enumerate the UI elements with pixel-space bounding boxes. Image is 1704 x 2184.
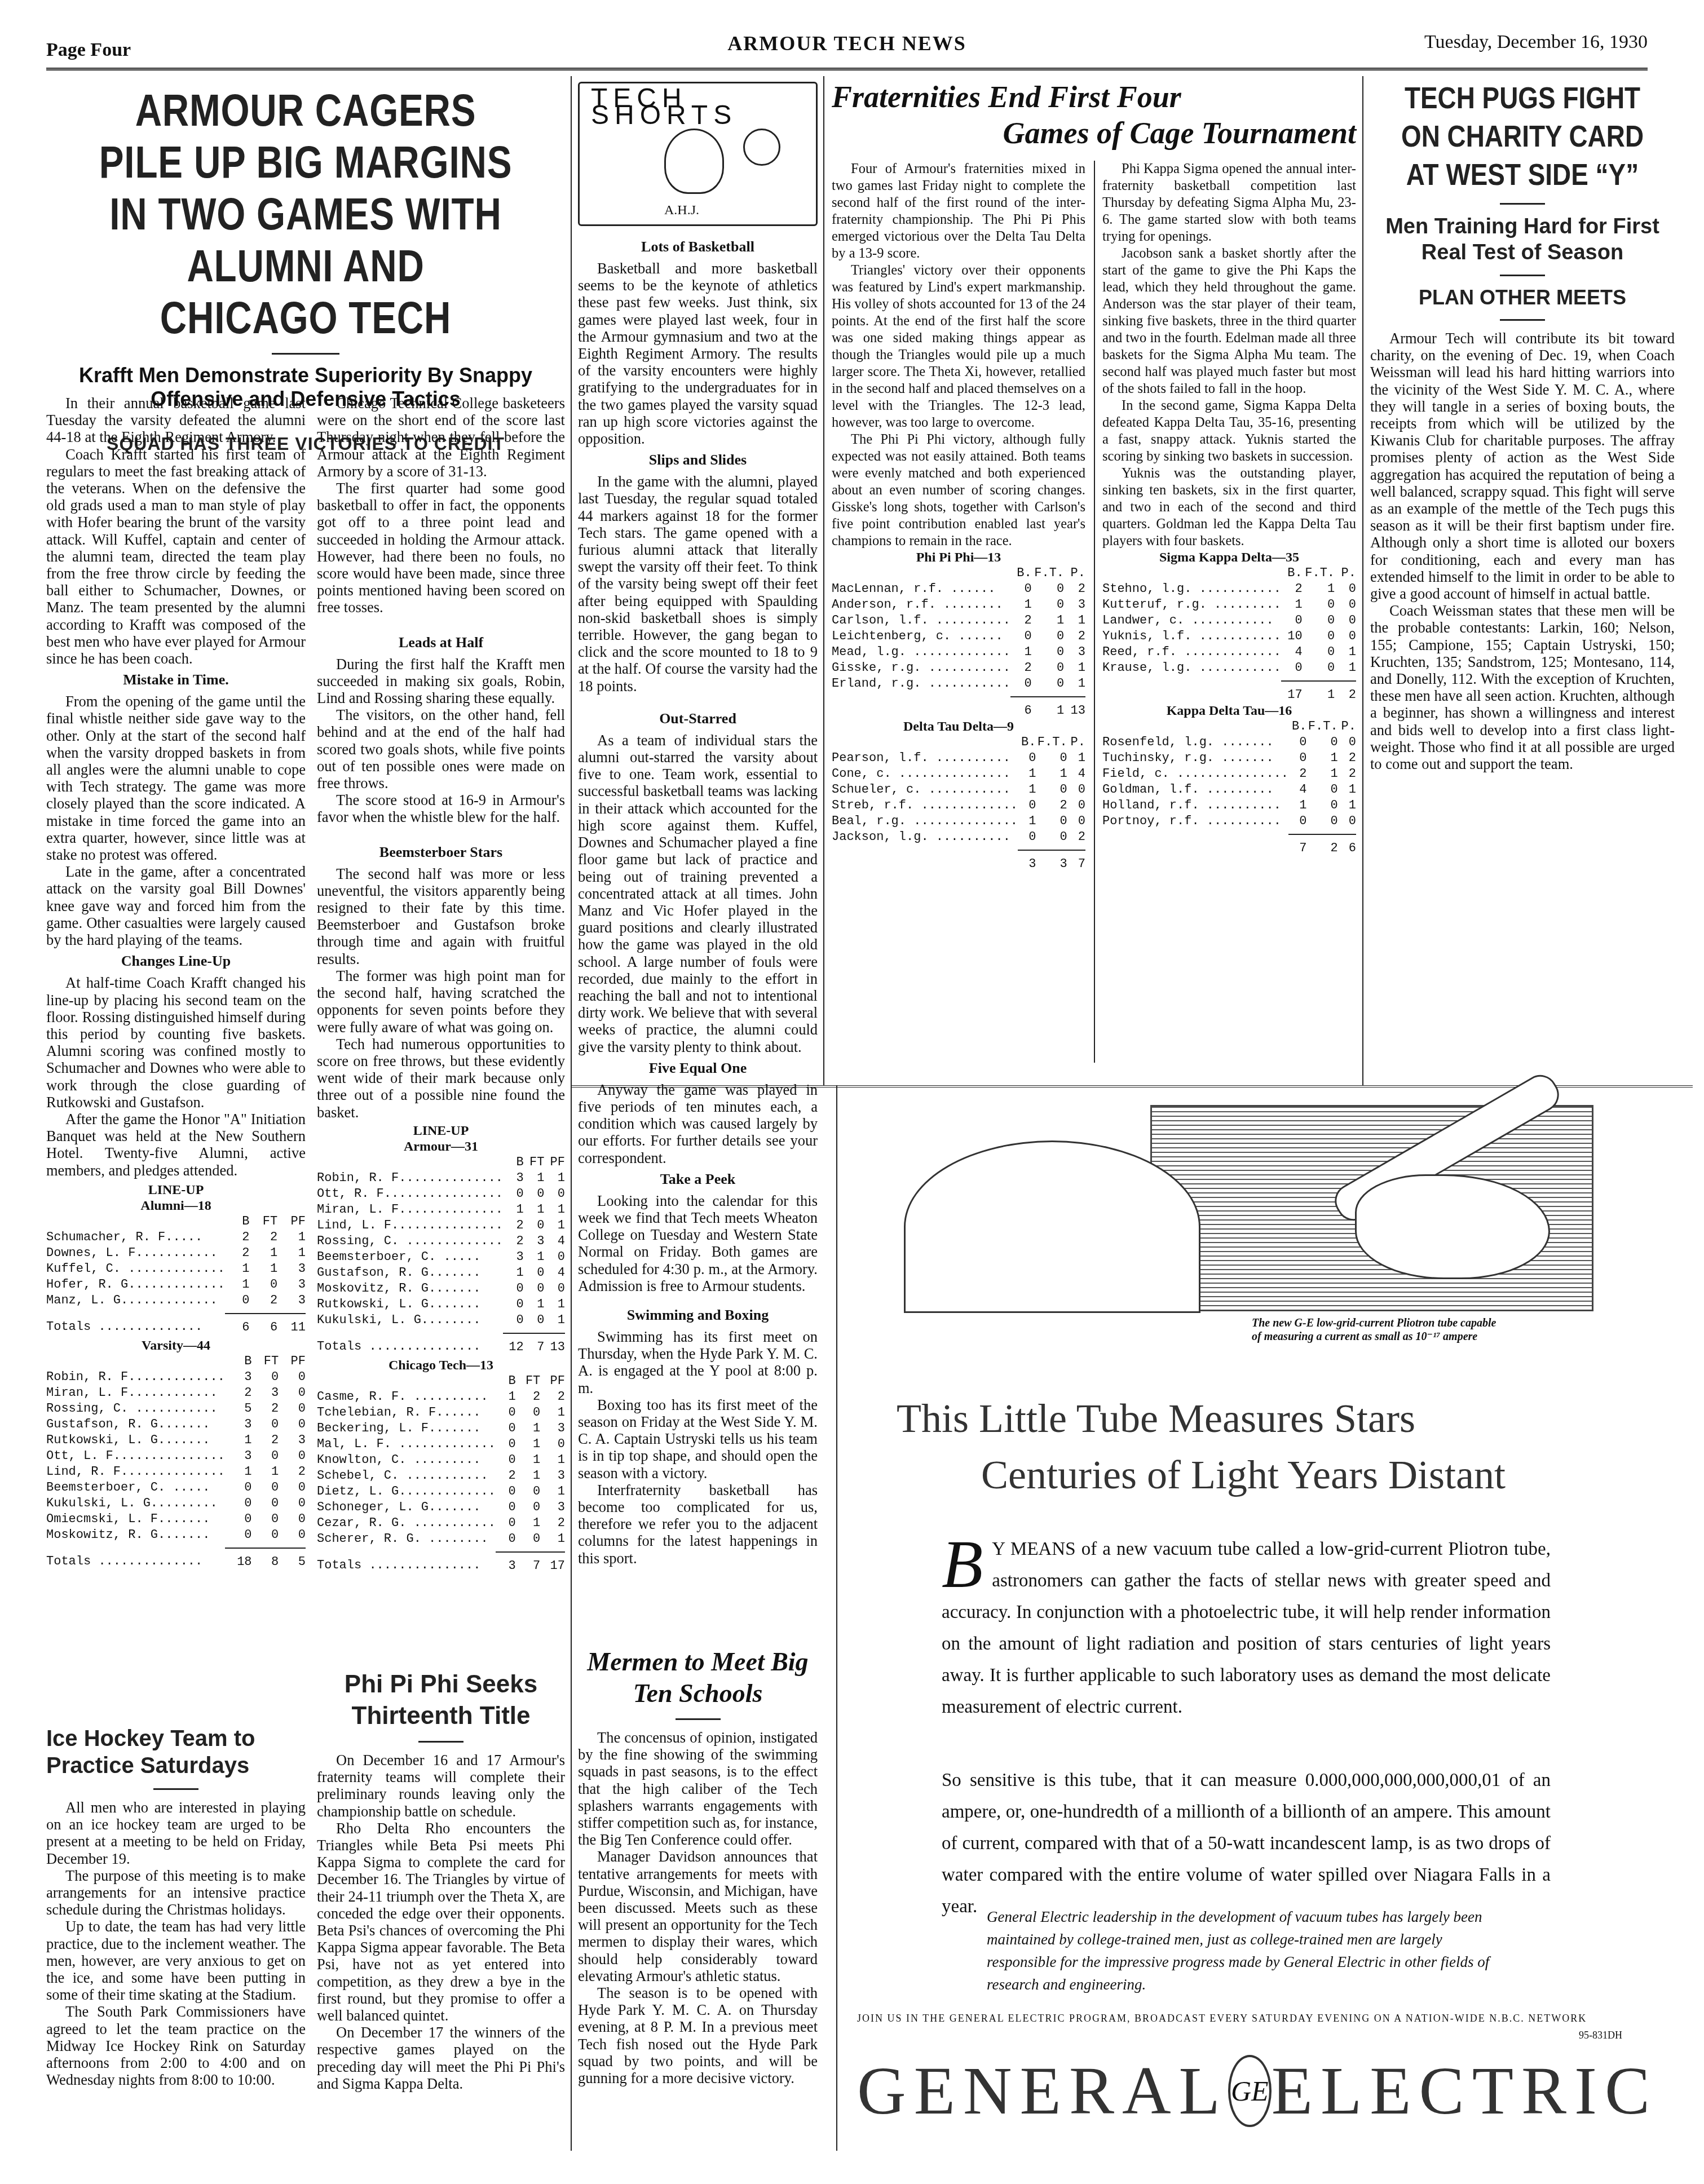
paragraph: On December 16 and 17 Armour's fraternit… bbox=[317, 1752, 565, 1820]
table-row: Goldman, l.f. .........401 bbox=[1102, 782, 1356, 798]
table-row: Miran, L. F............230 bbox=[46, 1385, 306, 1401]
paragraph: After the game the Honor "A" Initiation … bbox=[46, 1111, 306, 1179]
divider bbox=[272, 353, 339, 355]
masthead-rule bbox=[46, 68, 1648, 70]
table-row: Tchelebian, R. F......001 bbox=[317, 1405, 565, 1421]
table-row: Krause, l.g. ...........001 bbox=[1102, 660, 1356, 676]
lineup-label: LINE-UP bbox=[317, 1123, 565, 1139]
paragraph: Late in the game, after a concentrated a… bbox=[46, 863, 306, 948]
paragraph: The score stood at 16-9 in Armour's favo… bbox=[317, 792, 565, 825]
table-row: Rossing, C. ...........520 bbox=[46, 1401, 306, 1417]
table-row: Jackson, l.g. ..........002 bbox=[832, 829, 1085, 845]
divider bbox=[1500, 319, 1545, 321]
mermen-headline: Mermen to Meet Big Ten Schools bbox=[578, 1646, 818, 1709]
paragraph: The South Park Commissioners have agreed… bbox=[46, 2003, 306, 2088]
subhead: Take a Peek bbox=[578, 1170, 818, 1189]
paragraph: Up to date, the team has had very little… bbox=[46, 1918, 306, 2003]
divider bbox=[676, 1718, 721, 1720]
box-title: Armour—31 bbox=[317, 1139, 565, 1155]
table-row: Lind, L. F...............201 bbox=[317, 1218, 565, 1234]
drop-cap: B bbox=[942, 1533, 983, 1595]
divider bbox=[153, 1788, 198, 1790]
ice-hockey-article: Ice Hockey Team to Practice Saturdays Al… bbox=[46, 1725, 306, 2088]
cagers-headline: ARMOUR CAGERS PILE UP BIG MARGINS IN TWO… bbox=[93, 85, 518, 344]
table-row: Cone, c. ...............114 bbox=[832, 766, 1085, 782]
table-row: Moskovitz, R. G.......000 bbox=[317, 1281, 565, 1297]
box-title: Kappa Delta Tau—16 bbox=[1102, 703, 1356, 719]
newspaper-title: ARMOUR TECH NEWS bbox=[46, 32, 1648, 55]
table-row: Robin, R. F.............300 bbox=[46, 1369, 306, 1385]
table-row: Schueler, c. ...........100 bbox=[832, 782, 1085, 798]
table-row: Stehno, l.g. ...........210 bbox=[1102, 581, 1356, 597]
box-score-chicago-tech: Chicago Tech—13 BFTPF Casme, R. F. .....… bbox=[317, 1358, 565, 1574]
paragraph: Manager Davidson announces that tentativ… bbox=[578, 1848, 818, 1984]
paragraph: The purpose of this meeting is to make a… bbox=[46, 1867, 306, 1918]
subhead: Slips and Slides bbox=[578, 450, 818, 470]
table-row: Miran, L. F..............111 bbox=[317, 1202, 565, 1218]
totals-row: 1712 bbox=[1102, 681, 1356, 703]
paragraph: The concensus of opinion, instigated by … bbox=[578, 1729, 818, 1848]
paragraph: During the first half the Krafft men suc… bbox=[317, 656, 565, 707]
table-row: Gustafson, R. G.......300 bbox=[46, 1417, 306, 1433]
logo-text-general: GENERAL bbox=[857, 2052, 1228, 2130]
paragraph: Yuknis was the outstanding player, sinki… bbox=[1102, 465, 1356, 550]
table-row: Portnoy, r.f. ..........000 bbox=[1102, 814, 1356, 829]
table-row: Beemsterboer, C. .....000 bbox=[46, 1480, 306, 1496]
table-row: Holland, r.f. ..........101 bbox=[1102, 798, 1356, 814]
paragraph: All men who are interested in playing on… bbox=[46, 1799, 306, 1867]
table-row: Dietz, L. G.............001 bbox=[317, 1484, 565, 1500]
table-row: Yuknis, l.f. ...........1000 bbox=[1102, 629, 1356, 644]
box-title: Chicago Tech—13 bbox=[317, 1358, 565, 1373]
ad-paragraph: of a new vacuum tube called a low-grid-c… bbox=[942, 1539, 1551, 1717]
basketball-icon bbox=[743, 129, 780, 166]
table-row: Reed, r.f. .............401 bbox=[1102, 644, 1356, 660]
table-row: Schumacher, R. F.....221 bbox=[46, 1230, 306, 1245]
table-row: Beal, r.g. ..............100 bbox=[832, 814, 1085, 829]
cartoon-title: TECH SHORTS bbox=[591, 90, 816, 124]
paragraph: In the second game, Sigma Kappa Delta de… bbox=[1102, 397, 1356, 465]
box-score-phi-pi-phi: Phi Pi Phi—13 B.F.T.P. MacLennan, r.f. .… bbox=[832, 550, 1085, 872]
table-row: Downes, L. F...........211 bbox=[46, 1245, 306, 1261]
phi-pi-phi-article: Phi Pi Phi Seeks Thirteenth Title On Dec… bbox=[317, 1669, 565, 2092]
table-row: Mead, l.g. .............103 bbox=[832, 644, 1085, 660]
issue-date: Tuesday, December 16, 1930 bbox=[1424, 32, 1648, 53]
subhead-beemsterboer: Beemsterboer Stars bbox=[317, 843, 565, 862]
divider bbox=[418, 1741, 463, 1743]
totals-row: Totals ..............6611 bbox=[46, 1314, 306, 1336]
table-row: Gisske, r.g. ...........201 bbox=[832, 660, 1085, 676]
fraternities-column-a: Four of Armour's fraternities mixed in t… bbox=[832, 161, 1085, 872]
lineup-label: LINE-UP bbox=[46, 1182, 306, 1198]
table-row: Schoneger, L. G.......003 bbox=[317, 1500, 565, 1515]
table-row: Rutkowski, L. G.......011 bbox=[317, 1297, 565, 1312]
telescope-icon bbox=[904, 1140, 1200, 1313]
table-row: Mal, L. F. .............010 bbox=[317, 1436, 565, 1452]
cartoon-initials: A.H.J. bbox=[664, 202, 699, 219]
table-row: Rossing, C. .............234 bbox=[317, 1234, 565, 1249]
pliotron-illustration bbox=[1150, 1105, 1593, 1311]
table-row: Leichtenberg, c. ......002 bbox=[832, 629, 1085, 644]
table-row: Omiecmski, L. F.......000 bbox=[46, 1511, 306, 1527]
paragraph: Anyway the game was played in five perio… bbox=[578, 1081, 818, 1166]
table-row: Ott, L. F...............300 bbox=[46, 1448, 306, 1464]
paragraph: At half-time Coach Krafft changed his li… bbox=[46, 974, 306, 1111]
paragraph: Triangles' victory over their opponents … bbox=[832, 262, 1085, 431]
cagers-column-1: In their annual basketball game last Tue… bbox=[46, 395, 306, 1570]
box-title: Phi Pi Phi—13 bbox=[832, 550, 1085, 565]
phi-pi-phi-headline: Phi Pi Phi Seeks Thirteenth Title bbox=[317, 1669, 565, 1732]
totals-row: Totals ...............12713 bbox=[317, 1333, 565, 1355]
subhead-lineup-change: Changes Line-Up bbox=[46, 952, 306, 971]
table-row: Anderson, r.f. ........103 bbox=[832, 597, 1085, 613]
paragraph: Armour Tech will contribute its bit towa… bbox=[1370, 330, 1675, 602]
cartoon-figure-icon bbox=[664, 129, 724, 194]
fraternities-column-b: Phi Kappa Sigma opened the annual inter-… bbox=[1102, 161, 1356, 856]
table-row: MacLennan, r.f. ......002 bbox=[832, 581, 1085, 597]
table-row: Rutkowski, L. G.......123 bbox=[46, 1433, 306, 1448]
ad-body-1: BY MEANS of a new vacuum tube called a l… bbox=[942, 1533, 1551, 1723]
table-row: Streb, r.f. .............020 bbox=[832, 798, 1085, 814]
tech-shorts-column: TECH SHORTS A.H.J. Lots of Basketball Ba… bbox=[578, 82, 818, 1567]
lead-caps: Y MEANS bbox=[992, 1539, 1075, 1559]
fraternities-headline-block: Fraternities End First Four Games of Cag… bbox=[832, 79, 1356, 151]
table-row: Manz, L. G.............023 bbox=[46, 1293, 306, 1308]
table-row: Cezar, R. G. ...........012 bbox=[317, 1515, 565, 1531]
subhead-mistake: Mistake in Time. bbox=[46, 670, 306, 689]
paragraph: Jacobson sank a basket shortly after the… bbox=[1102, 245, 1356, 397]
box-score-delta-tau-delta: B.F.T.P. Pearson, l.f. ..........001 Con… bbox=[832, 735, 1085, 872]
table-row: Field, c. ...............212 bbox=[1102, 766, 1356, 782]
general-electric-ad: The new G-E low-grid-current Pliotron tu… bbox=[846, 1099, 1692, 2170]
totals-row: 6113 bbox=[832, 697, 1085, 719]
paragraph: The Phi Pi Phi victory, although fully e… bbox=[832, 431, 1085, 550]
paragraph: Interfraternity basketball has become to… bbox=[578, 1482, 818, 1567]
box-title: Delta Tau Delta—9 bbox=[832, 719, 1085, 735]
paragraph: Phi Kappa Sigma opened the annual inter-… bbox=[1102, 161, 1356, 245]
ad-code: 95-831DH bbox=[1579, 2030, 1622, 2041]
table-row: Rosenfeld, l.g. .......000 bbox=[1102, 735, 1356, 750]
table-row: Landwer, c. ...........000 bbox=[1102, 613, 1356, 629]
paragraph: The season is to be opened with Hyde Par… bbox=[578, 1984, 818, 2086]
fraternities-headline-line-1: Fraternities End First Four bbox=[832, 79, 1356, 115]
totals-row: Totals ...............3717 bbox=[317, 1552, 565, 1574]
box-score-armour: LINE-UP Armour—31 BFTPF Robin, R. F.....… bbox=[317, 1123, 565, 1355]
masthead: Page Four ARMOUR TECH NEWS Tuesday, Dece… bbox=[46, 39, 1648, 68]
paragraph: As a team of individual stars the alumni… bbox=[578, 732, 818, 1055]
table-row: Kukulski, L. G.........000 bbox=[46, 1496, 306, 1511]
paragraph: The former was high point man for the se… bbox=[317, 967, 565, 1036]
tech-pugs-headline: TECH PUGS FIGHT ON CHARITY CARD AT WEST … bbox=[1393, 79, 1652, 194]
box-title: Sigma Kappa Delta—35 bbox=[1102, 550, 1356, 565]
column-rule bbox=[1362, 76, 1363, 1085]
column-rule bbox=[571, 76, 572, 2151]
table-row: Carlson, l.f. ..........211 bbox=[832, 613, 1085, 629]
paragraph: From the opening of the game until the f… bbox=[46, 693, 306, 863]
box-title: Alumni—18 bbox=[46, 1198, 306, 1214]
table-row: Kutteruf, r.g. .........100 bbox=[1102, 597, 1356, 613]
table-row: Robin, R. F..............311 bbox=[317, 1170, 565, 1186]
paragraph: Swimming has its first meet on Thursday,… bbox=[578, 1328, 818, 1396]
divider bbox=[1500, 203, 1545, 205]
table-row: Lind, R. F..............112 bbox=[46, 1464, 306, 1480]
ad-headline-line-1: This Little Tube Measures Stars bbox=[897, 1392, 1415, 1444]
tech-shorts-cartoon: TECH SHORTS A.H.J. bbox=[578, 82, 818, 226]
subhead: Five Equal One bbox=[578, 1059, 818, 1078]
paragraph: The first quarter had some good basketba… bbox=[317, 480, 565, 616]
column-rule bbox=[836, 1085, 837, 2151]
paragraph: Tech had numerous opportunities to score… bbox=[317, 1036, 565, 1121]
table-row: Beemsterboer, C. .....310 bbox=[317, 1249, 565, 1265]
table-row: Gustafson, R. G.......104 bbox=[317, 1265, 565, 1281]
paragraph: The second half was more or less unevent… bbox=[317, 865, 565, 967]
fraternities-headline-line-2: Games of Cage Tournament bbox=[832, 115, 1356, 151]
table-row: Ott, R. F................000 bbox=[317, 1186, 565, 1202]
box-score-alumni: LINE-UP Alumni—18 BFTPF Schumacher, R. F… bbox=[46, 1182, 306, 1336]
totals-row: 337 bbox=[832, 850, 1085, 872]
paragraph: On December 17 the winners of the respec… bbox=[317, 2024, 565, 2092]
ge-monogram-icon: GE bbox=[1228, 2055, 1272, 2127]
ad-headline-line-2: Centuries of Light Years Distant bbox=[981, 1449, 1506, 1501]
table-row: Kuffel, C. .............113 bbox=[46, 1261, 306, 1277]
table-row: Erland, r.g. ...........001 bbox=[832, 676, 1085, 692]
tech-pugs-deck: Men Training Hard for First Real Test of… bbox=[1370, 214, 1675, 266]
paragraph: Basketball and more basketball seems to … bbox=[578, 260, 818, 447]
table-row: Beckering, L. F.......013 bbox=[317, 1421, 565, 1436]
illustration-caption: The new G-E low-grid-current Pliotron tu… bbox=[1252, 1316, 1496, 1343]
cagers-column-2: Chicago Technical College basketeers wer… bbox=[317, 395, 565, 1574]
ad-body-2: So sensitive is this tube, that it can m… bbox=[942, 1765, 1551, 1922]
paragraph: Coach Weissman states that these men wil… bbox=[1370, 602, 1675, 772]
column-rule bbox=[1094, 161, 1095, 1063]
logo-text-electric: ELECTRIC bbox=[1272, 2052, 1658, 2130]
paragraph: Boxing too has its first meet of the sea… bbox=[578, 1396, 818, 1482]
box-score-kappa-delta-tau: B.F.T.P. Rosenfeld, l.g. .......000 Tuch… bbox=[1102, 719, 1356, 856]
ice-hockey-headline: Ice Hockey Team to Practice Saturdays bbox=[46, 1725, 306, 1779]
table-row: Moskowitz, R. G.......000 bbox=[46, 1527, 306, 1543]
tech-pugs-subhead: PLAN OTHER MEETS bbox=[1370, 285, 1675, 310]
tech-pugs-article: TECH PUGS FIGHT ON CHARITY CARD AT WEST … bbox=[1370, 79, 1675, 772]
hand-icon bbox=[1355, 1174, 1550, 1279]
paragraph: Chicago Technical College basketeers wer… bbox=[317, 395, 565, 480]
paragraph: In their annual basketball game last Tue… bbox=[46, 395, 306, 446]
paragraph: Rho Delta Rho encounters the Triangles w… bbox=[317, 1820, 565, 2024]
ge-logo: GENERAL GE ELECTRIC bbox=[857, 2052, 1658, 2130]
totals-row: Totals ..............1885 bbox=[46, 1548, 306, 1570]
totals-row: 726 bbox=[1102, 834, 1356, 856]
table-row: Scherer, R. G. ........001 bbox=[317, 1531, 565, 1547]
ad-italic-note: General Electric leadership in the devel… bbox=[987, 1906, 1511, 1996]
table-row: Hofer, R. G.............103 bbox=[46, 1277, 306, 1293]
paragraph: The visitors, on the other hand, fell be… bbox=[317, 706, 565, 792]
column-rule bbox=[823, 76, 824, 1085]
table-row: Casme, R. F. ..........122 bbox=[317, 1389, 565, 1405]
ad-broadcast-line: JOIN US IN THE GENERAL ELECTRIC PROGRAM,… bbox=[857, 2013, 1646, 2024]
paragraph: Looking into the calendar for this week … bbox=[578, 1192, 818, 1294]
box-score-sigma-kappa-delta: Sigma Kappa Delta—35 B.F.T.P. Stehno, l.… bbox=[1102, 550, 1356, 856]
subhead: Out-Starred bbox=[578, 709, 818, 728]
subhead: Swimming and Boxing bbox=[578, 1306, 818, 1325]
paragraph: Four of Armour's fraternities mixed in t… bbox=[832, 161, 1085, 262]
table-row: Kukulski, L. G........001 bbox=[317, 1312, 565, 1328]
table-row: Pearson, l.f. ..........001 bbox=[832, 750, 1085, 766]
subhead-leads-at-half: Leads at Half bbox=[317, 633, 565, 652]
mermen-article: Mermen to Meet Big Ten Schools The conce… bbox=[578, 1646, 818, 2086]
table-row: Schebel, C. ...........213 bbox=[317, 1468, 565, 1484]
subhead: Lots of Basketball bbox=[578, 237, 818, 257]
table-row: Tuchinsky, r.g. .......012 bbox=[1102, 750, 1356, 766]
box-title: Varsity—44 bbox=[46, 1338, 306, 1354]
divider bbox=[1500, 275, 1545, 276]
paragraph: In the game with the alumni, played last… bbox=[578, 473, 818, 695]
table-row: Knowlton, C. .........011 bbox=[317, 1452, 565, 1468]
box-score-varsity: Varsity—44 BFTPF Robin, R. F............… bbox=[46, 1338, 306, 1570]
paragraph: Coach Krafft started his first team of r… bbox=[46, 446, 306, 667]
